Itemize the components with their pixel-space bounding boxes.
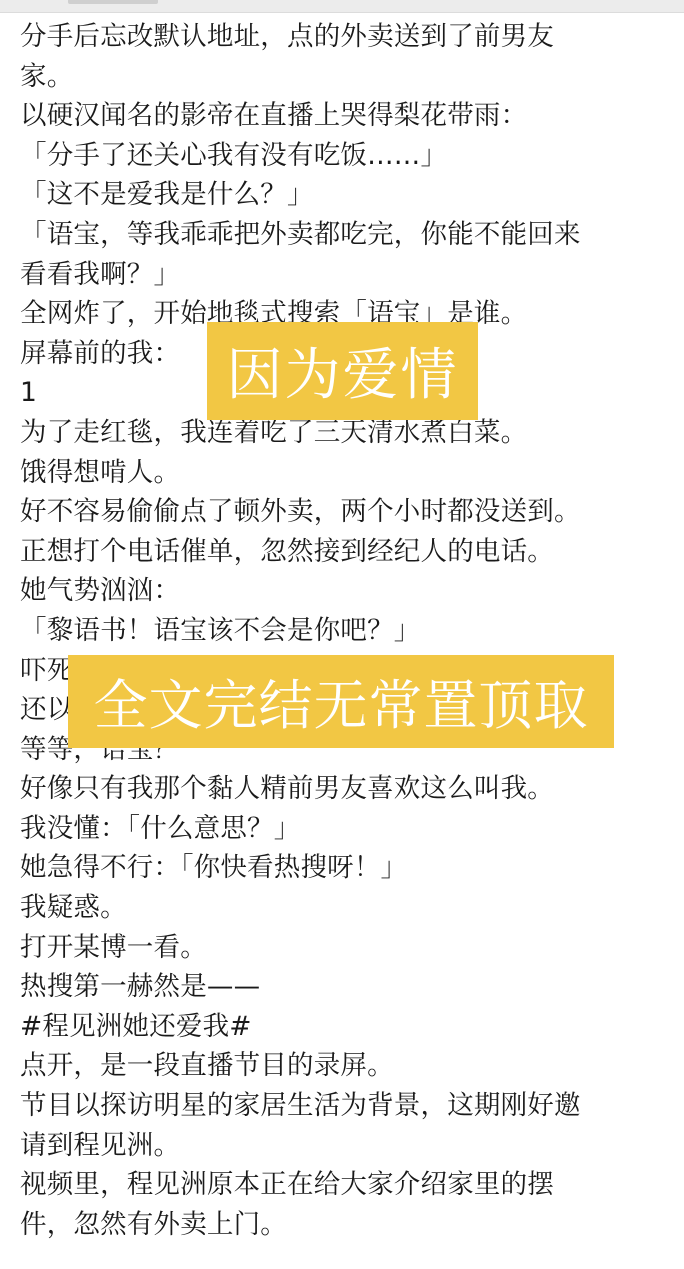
text-line: 热搜第一赫然是—— [20,967,670,1007]
text-line: 点开，是一段直播节目的录屏。 [20,1046,670,1086]
text-line: 她气势汹汹： [20,571,670,611]
text-line: 好像只有我那个黏人精前男友喜欢这么叫我。 [20,769,670,809]
text-line: 家。 [20,57,670,97]
text-line: #程见洲她还爱我# [20,1007,670,1047]
text-line: 饿得想啃人。 [20,453,670,493]
top-bar-clipped-title [68,0,158,4]
text-line: 看看我啊？」 [20,255,670,295]
article-body: 分手后忘改默认地址，点的外卖送到了前男友 家。 以硬汉闻名的影帝在直播上哭得梨花… [20,17,670,1244]
text-line: 「分手了还关心我有没有吃饭……」 [20,136,670,176]
text-line: 正想打个电话催单，忽然接到经纪人的电话。 [20,532,670,572]
text-line: 节目以探访明星的家居生活为背景，这期刚好邀 [20,1086,670,1126]
text-line: 「这不是爱我是什么？」 [20,175,670,215]
text-line: 以硬汉闻名的影帝在直播上哭得梨花带雨： [20,96,670,136]
top-bar [0,0,684,13]
title-overlay-banner: 因为爱情 [207,322,478,420]
text-line: 件，忽然有外卖上门。 [20,1205,670,1245]
text-line: 她急得不行：「你快看热搜呀！」 [20,848,670,888]
text-line: 视频里，程见洲原本正在给大家介绍家里的摆 [20,1165,670,1205]
text-line: 请到程见洲。 [20,1126,670,1166]
text-line: 我疑惑。 [20,888,670,928]
text-line: 分手后忘改默认地址，点的外卖送到了前男友 [20,17,670,57]
text-line: 「语宝，等我乖乖把外卖都吃完，你能不能回来 [20,215,670,255]
text-line: 「黎语书！语宝该不会是你吧？」 [20,611,670,651]
text-line: 打开某博一看。 [20,928,670,968]
text-line: 好不容易偷偷点了顿外卖，两个小时都没送到。 [20,492,670,532]
text-line: 我没懂：「什么意思？」 [20,809,670,849]
promo-overlay-banner: 全文完结无常置顶取 [68,655,614,748]
